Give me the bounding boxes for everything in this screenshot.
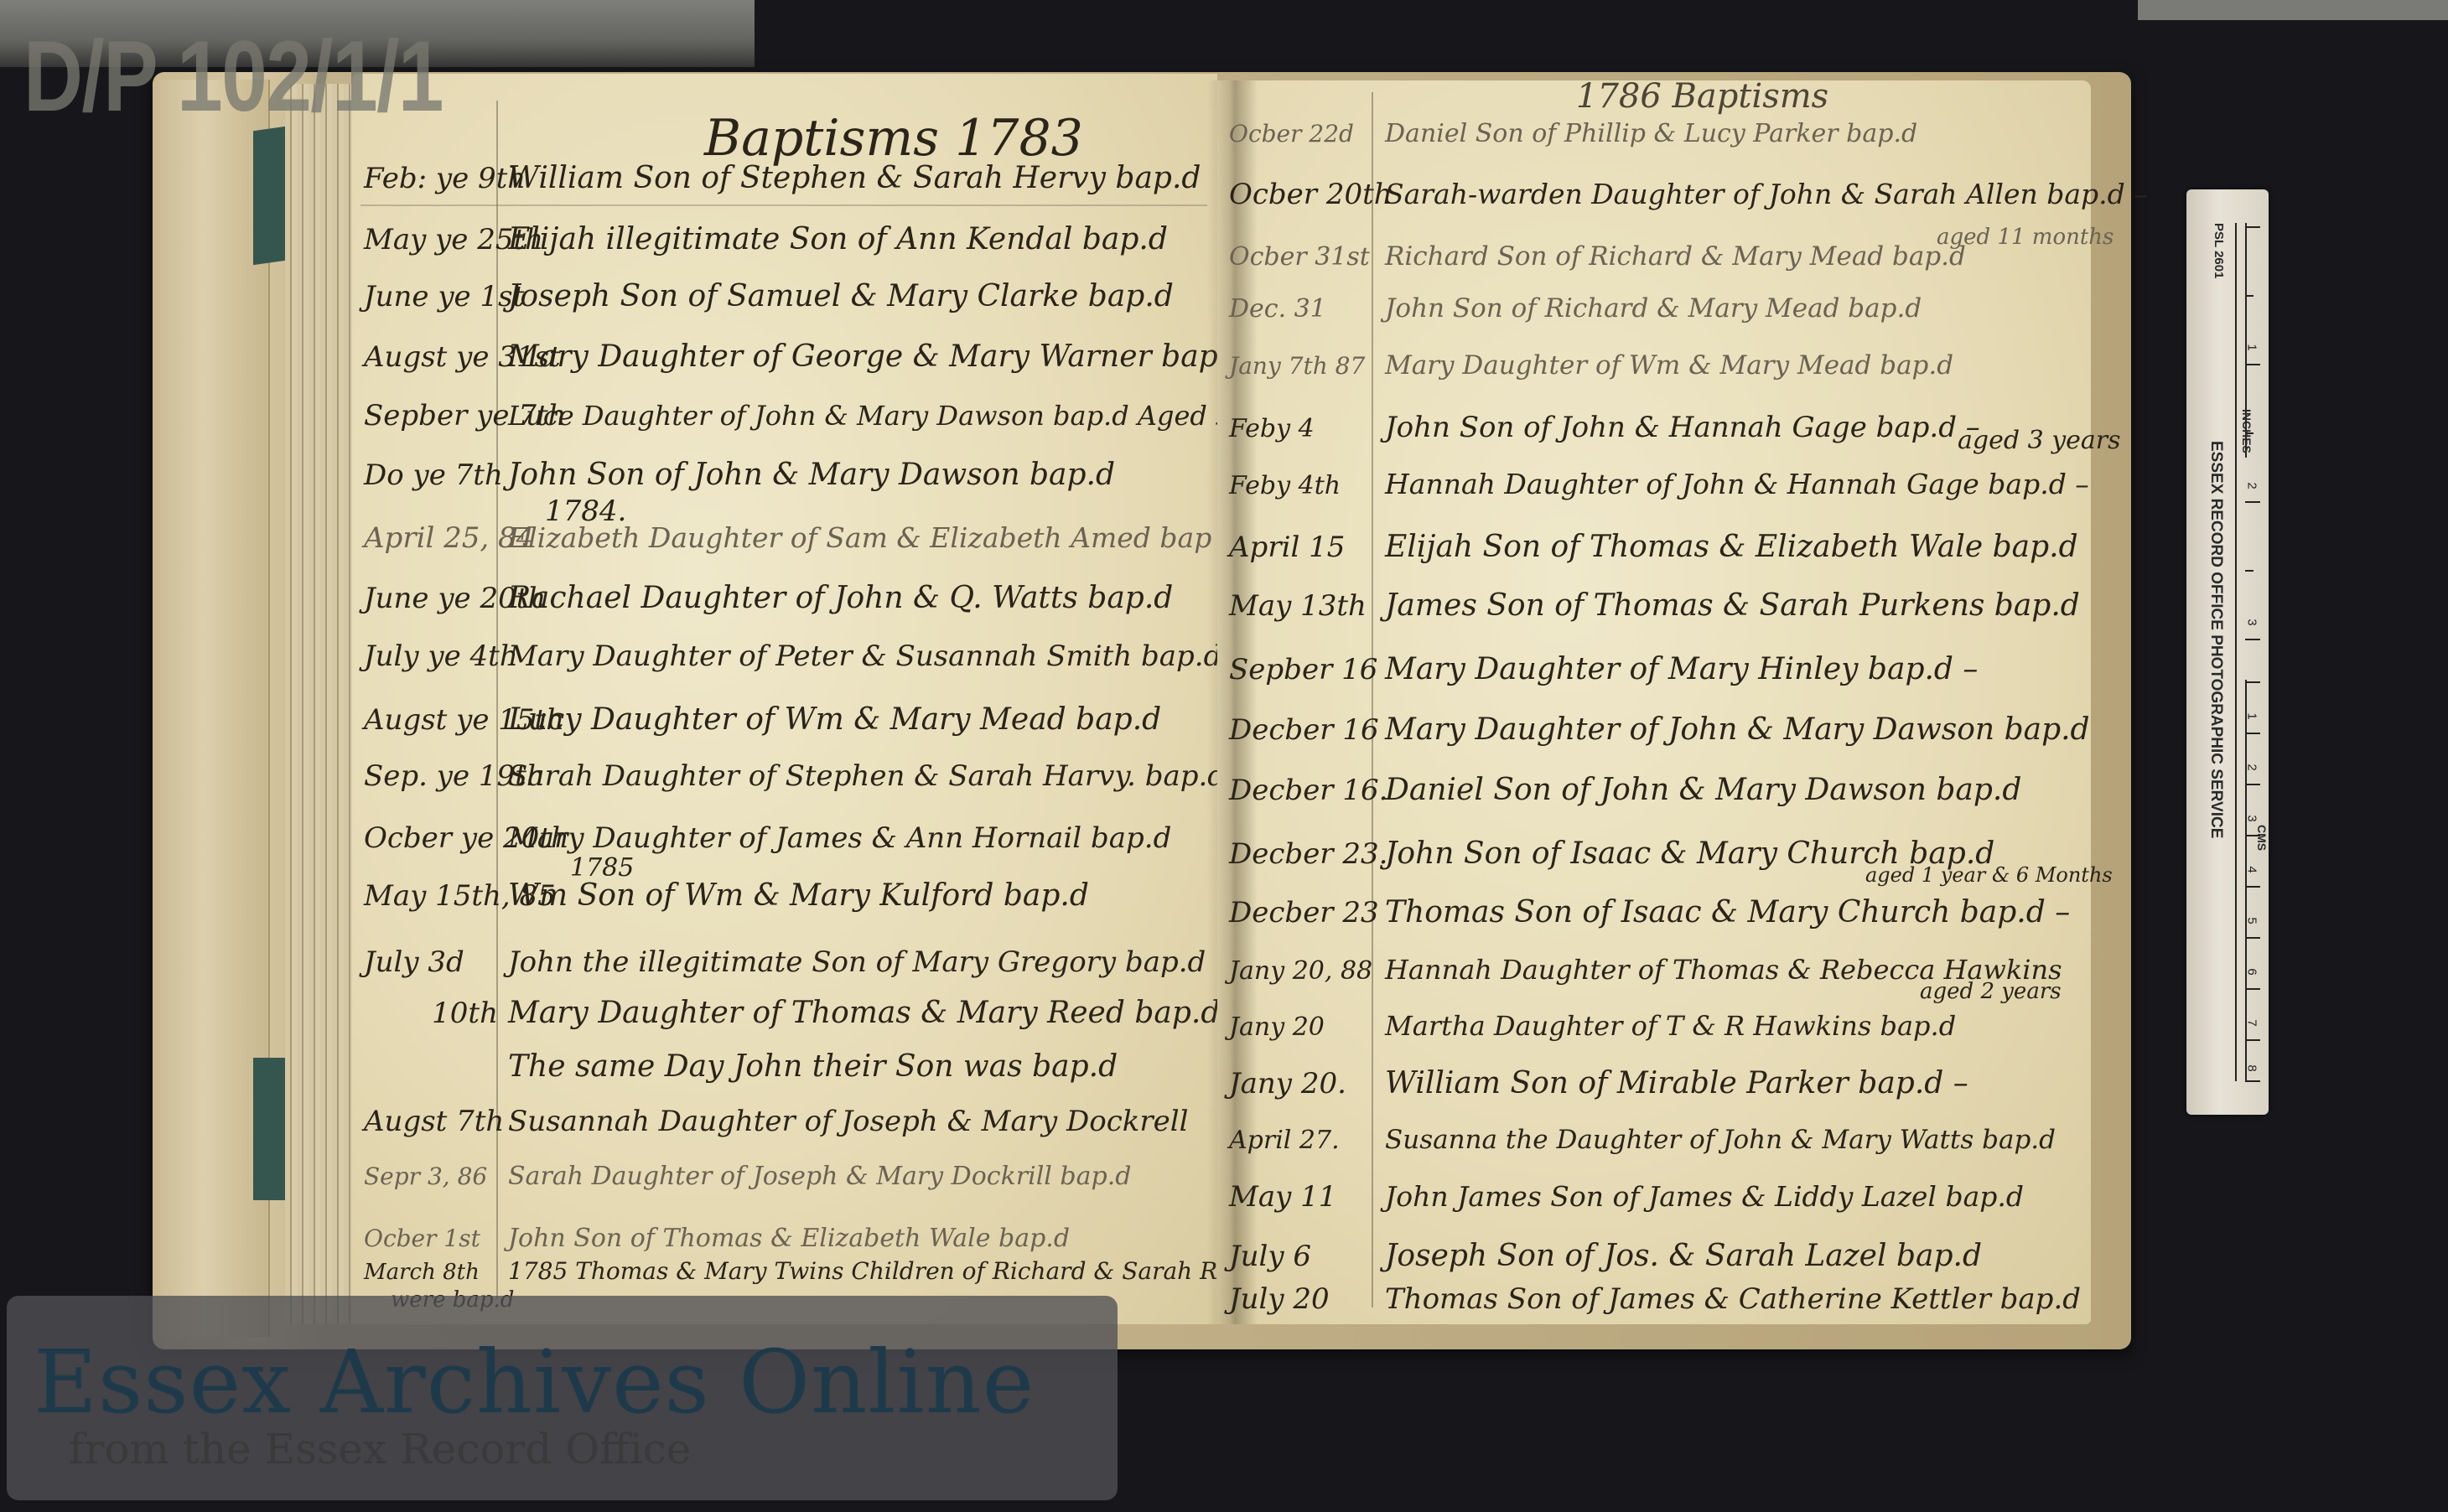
entry-date: Jany 20.: [1229, 1067, 1385, 1100]
ruler-tick: [2245, 432, 2254, 434]
scale-ruler: PSL 2601 ESSEX RECORD OFFICE PHOTOGRAPHI…: [2186, 189, 2269, 1115]
register-entry: March 8th 1785 Thomas & Mary Twins Child…: [364, 1257, 1260, 1285]
entry-date: Ocber 31st: [1229, 242, 1385, 272]
register-entry: July 20 Thomas Son of James & Catherine …: [1229, 1282, 2081, 1316]
entry-text: Mary Daughter of George & Mary Warner ba…: [508, 339, 1247, 374]
entry-date: July 3d: [364, 945, 508, 979]
entry-text: Sarah-warden Daughter of John & Sarah Al…: [1385, 178, 2148, 210]
register-entry: Ocber 22d Daniel Son of Phillip & Lucy P…: [1229, 119, 1917, 148]
entry-text: Elijah Son of Thomas & Elizabeth Wale ba…: [1385, 530, 2078, 564]
background-strip: [2138, 0, 2448, 20]
register-entry: Augst ye 31st Mary Daughter of George & …: [364, 339, 1247, 374]
entry-text: The same Day John their Son was bap.d: [508, 1049, 1118, 1084]
entry-date: April 27.: [1229, 1126, 1385, 1155]
entry-text: John the illegitimate Son of Mary Gregor…: [508, 945, 1206, 979]
register-entry: Ocber 31st Richard Son of Richard & Mary…: [1229, 241, 1966, 272]
ruler-tick: [2245, 570, 2254, 572]
register-entry: Feb: ye 9th William Son of Stephen & Sar…: [364, 161, 1201, 195]
register-entry: Sepr 3, 86 Sarah Daughter of Joseph & Ma…: [364, 1162, 1131, 1191]
entry-text: Martha Daughter of T & R Hawkins bap.d: [1385, 1010, 1956, 1042]
entry-text: Richard Son of Richard & Mary Mead bap.d: [1385, 241, 1966, 272]
entry-date: Jany 20: [1229, 1012, 1385, 1042]
ruler-cms-label: CMS: [2255, 825, 2269, 851]
entry-date: July 20: [1229, 1282, 1385, 1316]
entry-text: Rachael Daughter of John & Q. Watts bap.…: [508, 581, 1173, 615]
ruler-cm-mark: 4: [2245, 866, 2259, 873]
right-page-heading: 1786 Baptisms: [1576, 77, 1828, 116]
ruler-inch-mark: 3: [2245, 619, 2259, 625]
ruler-tick: [2245, 1039, 2260, 1041]
register-entry: May 15th, 85 Wm Son of Wm & Mary Kulford…: [364, 878, 1089, 913]
ruler-catalog-code: PSL 2601: [2212, 223, 2226, 278]
entry-date: Augst 7th: [364, 1105, 508, 1138]
entry-date: Sepr 3, 86: [364, 1162, 508, 1190]
entry-text: Susanna the Daughter of John & Mary Watt…: [1385, 1125, 2056, 1155]
entry-text: Mary Daughter of Thomas & Mary Reed bap.…: [508, 996, 1220, 1030]
entry-text: Thomas Son of James & Catherine Kettler …: [1385, 1282, 2081, 1316]
entry-date: Augst ye 15th: [364, 703, 508, 737]
register-entry: Do ye 7th John Son of John & Mary Dawson…: [364, 458, 1115, 492]
entry-date: Ocber 1st: [364, 1225, 508, 1252]
register-entry: May 13th James Son of Thomas & Sarah Pur…: [1229, 588, 2080, 623]
age-note: aged 1 year & 6 Months: [1865, 863, 2113, 887]
entry-text: Mary Daughter of Peter & Susannah Smith …: [508, 639, 1221, 673]
register-entry: April 15 Elijah Son of Thomas & Elizabet…: [1229, 530, 2078, 564]
entry-text: Joseph Son of Jos. & Sarah Lazel bap.d: [1385, 1239, 1982, 1273]
register-entry: Dec. 31 John Son of Richard & Mary Mead …: [1229, 293, 1922, 324]
entry-text: Daniel Son of John & Mary Dawson bap.d: [1385, 773, 2021, 807]
document-reference-watermark: D/P 102/1/1: [23, 18, 443, 134]
entry-date: Dec. 31: [1229, 294, 1385, 324]
register-entry: April 25, 84 Elizabeth Daughter of Sam &…: [364, 521, 1211, 555]
entry-date: Ocber 22d: [1229, 120, 1385, 148]
register-entry: July 6 Joseph Son of Jos. & Sarah Lazel …: [1229, 1239, 1982, 1273]
entry-date: Augst ye 31st: [364, 340, 508, 374]
ruler-tick: [2245, 501, 2260, 503]
entry-text: John James Son of James & Liddy Lazel ba…: [1385, 1180, 2024, 1213]
entry-text: Thomas Son of Isaac & Mary Church bap.d …: [1385, 895, 2070, 929]
register-entry: June ye 20th Rachael Daughter of John & …: [364, 581, 1173, 615]
entry-date: Ocber 20th: [1229, 178, 1385, 211]
entry-date: Decber 23: [1229, 896, 1385, 929]
entry-date: May 13th: [1229, 589, 1385, 623]
ruler-tick: [2245, 937, 2260, 939]
ruler-inches-label: INCHES: [2240, 409, 2254, 453]
entry-date: April 15: [1229, 531, 1385, 564]
entry-date: Decber 16.: [1229, 774, 1385, 807]
ruler-tick: [2245, 886, 2260, 888]
entry-date: Jany 7th 87: [1229, 352, 1385, 380]
ruler-cm-mark: 8: [2245, 1064, 2259, 1071]
entry-text: Wm Son of Wm & Mary Kulford bap.d: [508, 878, 1089, 913]
ruler-tick: [2245, 681, 2260, 683]
entry-date: Decber 23.: [1229, 837, 1385, 871]
register-entry: Feby 4th Hannah Daughter of John & Hanna…: [1229, 468, 2089, 500]
archive-watermark-subtitle: from the Essex Record Office: [69, 1425, 691, 1473]
ruler-inch-mark: 1: [2245, 344, 2259, 350]
entry-text: William Son of Stephen & Sarah Hervy bap…: [508, 161, 1201, 195]
entry-date: Feby 4: [1229, 414, 1385, 443]
ruled-line: [360, 205, 1207, 206]
ruler-line: [2235, 223, 2237, 1081]
register-entry: July 3d John the illegitimate Son of Mar…: [364, 945, 1206, 979]
entry-date: July 6: [1229, 1240, 1385, 1273]
register-entry: Decber 16 Mary Daughter of John & Mary D…: [1229, 712, 2090, 747]
ruler-cm-mark: 3: [2245, 815, 2259, 821]
ruler-tick: [2245, 835, 2260, 836]
register-entry: May ye 25th Elijah illegitimate Son of A…: [364, 222, 1168, 256]
entry-date: May 15th, 85: [364, 879, 508, 913]
ruler-tick: [2245, 364, 2260, 365]
ruler-cm-mark: 7: [2245, 1019, 2259, 1026]
register-entry: Ocber ye 20th Mary Daughter of James & A…: [364, 821, 1171, 855]
entry-text: John Son of Thomas & Elizabeth Wale bap.…: [508, 1224, 1070, 1253]
entry-text: 1785 Thomas & Mary Twins Children of Ric…: [508, 1257, 1260, 1285]
ruler-cm-mark: 2: [2245, 764, 2259, 770]
ruler-tick: [2245, 988, 2260, 990]
entry-date: 10th: [364, 997, 508, 1030]
entry-date: Decber 16: [1229, 713, 1385, 747]
register-entry: Sepber 16 Mary Daughter of Mary Hinley b…: [1229, 652, 1978, 686]
entry-date: Feby 4th: [1229, 471, 1385, 500]
ruler-cm-mark: 5: [2245, 917, 2259, 924]
ruler-inch-mark: 2: [2245, 482, 2259, 489]
register-entry: Sepber ye 7th Luce Daughter of John & Ma…: [364, 399, 1262, 432]
ruler-tick: [2245, 1080, 2260, 1082]
register-entry: Augst ye 15th Lucy Daughter of Wm & Mary…: [364, 702, 1161, 737]
entry-text: Mary Daughter of James & Ann Hornail bap…: [508, 821, 1171, 855]
entry-date: June ye 1st: [364, 280, 508, 313]
register-entry: Jany 7th 87 Mary Daughter of Wm & Mary M…: [1229, 350, 1953, 381]
register-entry: Jany 20. William Son of Mirable Parker b…: [1229, 1066, 1968, 1100]
entry-text: Sarah Daughter of Joseph & Mary Dockrill…: [508, 1162, 1131, 1191]
register-entry: Ocber 20th Sarah-warden Daughter of John…: [1229, 178, 2148, 211]
entry-date: Ocber ye 20th: [364, 821, 508, 855]
entry-text: James Son of Thomas & Sarah Purkens bap.…: [1385, 588, 2080, 623]
entry-date: Jany 20, 88: [1229, 956, 1385, 986]
entry-date: June ye 20th: [364, 582, 508, 615]
archive-watermark-title: Essex Archives Online: [34, 1331, 1035, 1433]
entry-text: Elijah illegitimate Son of Ann Kendal ba…: [508, 222, 1168, 256]
entry-text: John Son of John & Hannah Gage bap.d –: [1385, 411, 1980, 444]
entry-text: Lucy Daughter of Wm & Mary Mead bap.d: [508, 702, 1161, 737]
ruler-tick: [2245, 226, 2260, 228]
entry-text: John Son of Richard & Mary Mead bap.d: [1385, 293, 1922, 324]
entry-text: John Son of John & Mary Dawson bap.d: [508, 458, 1115, 492]
entry-text: Hannah Daughter of John & Hannah Gage ba…: [1385, 468, 2089, 500]
left-page-heading: Baptisms 1783: [704, 109, 1083, 168]
ruler-cm-mark: 1: [2245, 712, 2259, 719]
ruler-tick: [2245, 733, 2260, 734]
entry-text: Sarah Daughter of Stephen & Sarah Harvy.…: [508, 759, 1226, 793]
entry-date: July ye 4th: [364, 639, 508, 673]
register-entry: April 27. Susanna the Daughter of John &…: [1229, 1125, 2056, 1155]
entry-text: Mary Daughter of John & Mary Dawson bap.…: [1385, 712, 2090, 747]
entry-text: Joseph Son of Samuel & Mary Clarke bap.d: [508, 279, 1174, 313]
entry-text: Susannah Daughter of Joseph & Mary Dockr…: [508, 1105, 1189, 1138]
register-entry: The same Day John their Son was bap.d: [364, 1049, 1118, 1084]
ruler-tick: [2245, 784, 2260, 785]
entry-text: Daniel Son of Phillip & Lucy Parker bap.…: [1385, 119, 1917, 148]
ruler-cm-mark: 6: [2245, 968, 2259, 975]
register-entry: Feby 4 John Son of John & Hannah Gage ba…: [1229, 411, 1980, 444]
ruler-tick: [2245, 295, 2254, 297]
age-note: aged 2 years: [1920, 979, 2062, 1004]
register-entry: Jany 20 Martha Daughter of T & R Hawkins…: [1229, 1010, 1956, 1042]
age-note: aged 3 years: [1958, 426, 2121, 455]
register-entry: 10th Mary Daughter of Thomas & Mary Reed…: [364, 996, 1220, 1030]
entry-date: May 11: [1229, 1180, 1385, 1214]
entry-text: William Son of Mirable Parker bap.d –: [1385, 1066, 1968, 1100]
register-entry: Ocber 1st John Son of Thomas & Elizabeth…: [364, 1224, 1070, 1253]
register-entry: June ye 1st Joseph Son of Samuel & Mary …: [364, 279, 1174, 313]
entry-date: Sep. ye 19th: [364, 759, 508, 793]
entry-text: Elizabeth Daughter of Sam & Elizabeth Am…: [508, 521, 1211, 554]
entry-date: May ye 25th: [364, 223, 508, 256]
entry-text: Luce Daughter of John & Mary Dawson bap.…: [508, 400, 1262, 432]
register-entry: May 11 John James Son of James & Liddy L…: [1229, 1180, 2024, 1214]
ruler-tick: [2245, 639, 2260, 640]
register-entry: Decber 16. Daniel Son of John & Mary Daw…: [1229, 773, 2021, 807]
entry-date: Sepber 16: [1229, 653, 1385, 686]
ruler-label: ESSEX RECORD OFFICE PHOTOGRAPHIC SERVICE: [2207, 441, 2225, 838]
entry-text: Mary Daughter of Wm & Mary Mead bap.d: [1385, 350, 1953, 381]
entry-date: Do ye 7th: [364, 458, 508, 492]
entry-date: March 8th: [364, 1260, 508, 1285]
entry-text: Mary Daughter of Mary Hinley bap.d –: [1385, 652, 1978, 686]
entry-date: Sepber ye 7th: [364, 399, 508, 432]
register-entry: Decber 23 Thomas Son of Isaac & Mary Chu…: [1229, 895, 2070, 929]
register-entry: July ye 4th Mary Daughter of Peter & Sus…: [364, 639, 1221, 673]
page-edges: [285, 84, 360, 1324]
register-entry: Sep. ye 19th Sarah Daughter of Stephen &…: [364, 759, 1226, 793]
register-entry: Augst 7th Susannah Daughter of Joseph & …: [364, 1105, 1189, 1138]
entry-date: April 25, 84: [364, 521, 508, 555]
entry-date: Feb: ye 9th: [364, 162, 508, 195]
